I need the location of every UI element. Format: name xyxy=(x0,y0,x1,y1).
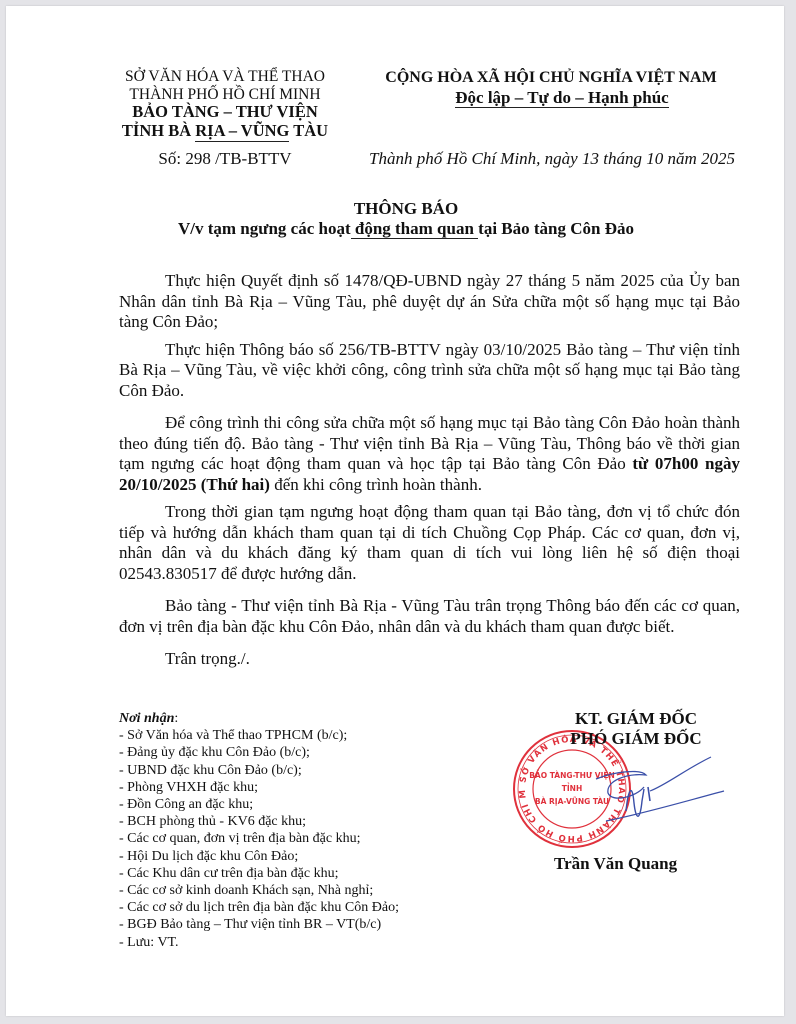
svg-text:TỈNH: TỈNH xyxy=(562,783,582,793)
recipient-item: - BGĐ Bảo tàng – Thư viện tỉnh BR – VT(b… xyxy=(119,916,399,933)
paragraph-5: Bảo tàng - Thư viện tỉnh Bà Rịa - Vũng T… xyxy=(119,596,740,637)
title-subject: V/v tạm ngưng các hoạt động tham quan tạ… xyxy=(156,219,656,239)
national-title: CỘNG HÒA XÃ HỘI CHỦ NGHĨA VIỆT NAM xyxy=(361,68,741,88)
document-body: Thực hiện Quyết định số 1478/QĐ-UBND ngà… xyxy=(119,271,740,677)
recipient-item: - Đồn Công an đặc khu; xyxy=(119,796,399,813)
national-motto: Độc lập – Tự do – Hạnh phúc xyxy=(455,88,668,108)
recipients-colon: : xyxy=(174,711,178,726)
national-header: CỘNG HÒA XÃ HỘI CHỦ NGHĨA VIỆT NAM Độc l… xyxy=(361,68,741,109)
recipients-items: - Sở Văn hóa và Thể thao TPHCM (b/c);- Đ… xyxy=(119,727,399,951)
recipient-item: - Sở Văn hóa và Thể thao TPHCM (b/c); xyxy=(119,727,399,744)
recipient-item: - Hội Du lịch đặc khu Côn Đảo; xyxy=(119,848,399,865)
document-number: Số: 298 /TB-BTTV xyxy=(106,150,344,168)
document-date: Thành phố Hồ Chí Minh, ngày 13 tháng 10 … xyxy=(369,149,735,169)
subject-part: tại Bảo tàng Côn Đảo xyxy=(478,219,634,238)
recipients-heading: Nơi nhận: xyxy=(119,710,399,727)
paragraph-2: Thực hiện Thông báo số 256/TB-BTTV ngày … xyxy=(119,340,740,402)
recipient-item: - Các cơ sở du lịch trên địa bàn đặc khu… xyxy=(119,899,399,916)
handwritten-signature-icon xyxy=(586,751,726,831)
recipients-list: Nơi nhận: - Sở Văn hóa và Thể thao TPHCM… xyxy=(119,710,399,951)
recipients-heading-text: Nơi nhận xyxy=(119,711,174,726)
subject-part: V/v tạm ngưng các hoạt xyxy=(178,219,351,238)
document-title: THÔNG BÁO V/v tạm ngưng các hoạt động th… xyxy=(156,199,656,239)
agency-name-underlined: RỊA – VŨNG xyxy=(195,121,289,142)
paragraph-3-text: đến khi công trình hoàn thành. xyxy=(270,475,482,494)
recipient-item: - BCH phòng thủ - KV6 đặc khu; xyxy=(119,813,399,830)
recipient-item: - Lưu: VT. xyxy=(119,934,399,951)
paragraph-1: Thực hiện Quyết định số 1478/QĐ-UBND ngà… xyxy=(119,271,740,333)
signer-name: Trần Văn Quang xyxy=(554,854,677,874)
agency-name-part: TỈNH BÀ xyxy=(122,121,195,140)
recipient-item: - Các cơ sở kinh doanh Khách sạn, Nhà ng… xyxy=(119,882,399,899)
signer-title: PHÓ GIÁM ĐỐC xyxy=(546,729,726,749)
agency-name-line2: TỈNH BÀ RỊA – VŨNG TÀU xyxy=(106,122,344,141)
recipient-item: - Phòng VHXH đặc khu; xyxy=(119,779,399,796)
agency-parent-line1: SỞ VĂN HÓA VÀ THỂ THAO xyxy=(106,68,344,86)
recipient-item: - UBND đặc khu Côn Đảo (b/c); xyxy=(119,762,399,779)
agency-name-part: TÀU xyxy=(289,121,328,140)
recipient-item: - Các cơ quan, đơn vị trên địa bàn đặc k… xyxy=(119,830,399,847)
document-page: SỞ VĂN HÓA VÀ THỂ THAO THÀNH PHỐ HỒ CHÍ … xyxy=(6,6,784,1016)
title-heading: THÔNG BÁO xyxy=(156,199,656,219)
issuing-agency-header: SỞ VĂN HÓA VÀ THỂ THAO THÀNH PHỐ HỒ CHÍ … xyxy=(106,68,344,168)
recipient-item: - Các Khu dân cư trên địa bàn đặc khu; xyxy=(119,865,399,882)
signer-authority: KT. GIÁM ĐỐC xyxy=(546,709,726,729)
subject-underlined: động tham quan xyxy=(351,219,479,239)
recipient-item: - Đảng ủy đặc khu Côn Đảo (b/c); xyxy=(119,744,399,761)
paragraph-3: Để công trình thi công sửa chữa một số h… xyxy=(119,413,740,495)
closing: Trân trọng./. xyxy=(119,649,740,670)
paragraph-4: Trong thời gian tạm ngưng hoạt động tham… xyxy=(119,502,740,584)
agency-name-line1: BẢO TÀNG – THƯ VIỆN xyxy=(106,103,344,122)
agency-parent-line2: THÀNH PHỐ HỒ CHÍ MINH xyxy=(106,86,344,104)
signature-block: KT. GIÁM ĐỐC PHÓ GIÁM ĐỐC xyxy=(546,709,726,749)
